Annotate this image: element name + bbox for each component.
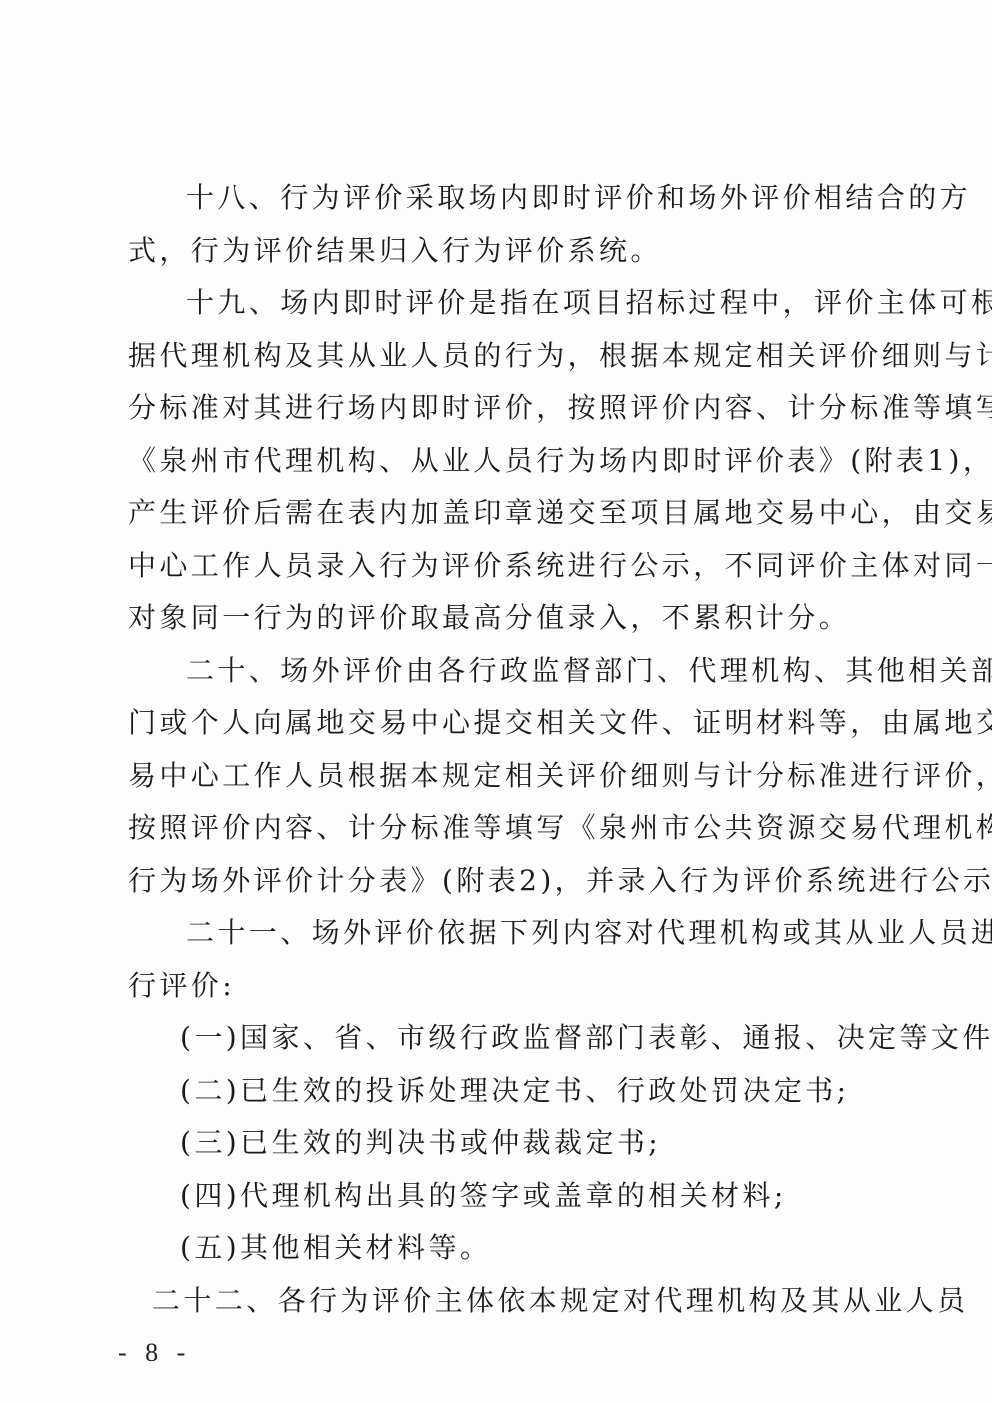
text-line: 分标准对其进行场内即时评价，按照评价内容、计分标准等填写 [128,382,862,435]
list-item: (一)国家、省、市级行政监督部门表彰、通报、决定等文件; [128,1012,862,1065]
text-line: 据代理机构及其从业人员的行为，根据本规定相关评价细则与计 [128,330,862,383]
text-line: 十八、行为评价采取场内即时评价和场外评价相结合的方 [128,172,862,225]
text-line: 二十、场外评价由各行政监督部门、代理机构、其他相关部 [128,645,862,698]
text-line: 中心工作人员录入行为评价系统进行公示，不同评价主体对同一 [128,540,862,593]
evidence-list: (一)国家、省、市级行政监督部门表彰、通报、决定等文件; (二)已生效的投诉处理… [128,1012,862,1275]
paragraph-article-21: 二十一、场外评价依据下列内容对代理机构或其从业人员进 行评价: [128,907,862,1012]
text-line: 《泉州市代理机构、从业人员行为场内即时评价表》(附表1)， [128,435,862,488]
list-item: (三)已生效的判决书或仲裁裁定书; [128,1117,862,1170]
text-line: 门或个人向属地交易中心提交相关文件、证明材料等，由属地交 [128,697,862,750]
document-body: 十八、行为评价采取场内即时评价和场外评价相结合的方 式，行为评价结果归入行为评价… [128,172,862,1327]
document-page: 十八、行为评价采取场内即时评价和场外评价相结合的方 式，行为评价结果归入行为评价… [0,0,992,1403]
text-line: 十九、场内即时评价是指在项目招标过程中，评价主体可根 [128,277,862,330]
text-line: 二十一、场外评价依据下列内容对代理机构或其从业人员进 [128,907,862,960]
list-item: (四)代理机构出具的签字或盖章的相关材料; [128,1170,862,1223]
paragraph-article-20: 二十、场外评价由各行政监督部门、代理机构、其他相关部 门或个人向属地交易中心提交… [128,645,862,908]
text-line: 产生评价后需在表内加盖印章递交至项目属地交易中心，由交易 [128,487,862,540]
text-line: 二十二、各行为评价主体依本规定对代理机构及其从业人员 [128,1275,862,1328]
text-line: 行为场外评价计分表》(附表2)，并录入行为评价系统进行公示。 [128,855,862,908]
page-number: - 8 - [118,1338,191,1368]
text-line: 按照评价内容、计分标准等填写《泉州市公共资源交易代理机构 [128,802,862,855]
list-item: (五)其他相关材料等。 [128,1222,862,1275]
text-line: 行评价: [128,960,862,1013]
paragraph-article-18: 十八、行为评价采取场内即时评价和场外评价相结合的方 式，行为评价结果归入行为评价… [128,172,862,277]
paragraph-article-22: 二十二、各行为评价主体依本规定对代理机构及其从业人员 [128,1275,862,1328]
paragraph-article-19: 十九、场内即时评价是指在项目招标过程中，评价主体可根 据代理机构及其从业人员的行… [128,277,862,645]
text-line: 式，行为评价结果归入行为评价系统。 [128,225,862,278]
list-item: (二)已生效的投诉处理决定书、行政处罚决定书; [128,1065,862,1118]
text-line: 对象同一行为的评价取最高分值录入，不累积计分。 [128,592,862,645]
text-line: 易中心工作人员根据本规定相关评价细则与计分标准进行评价， [128,750,862,803]
